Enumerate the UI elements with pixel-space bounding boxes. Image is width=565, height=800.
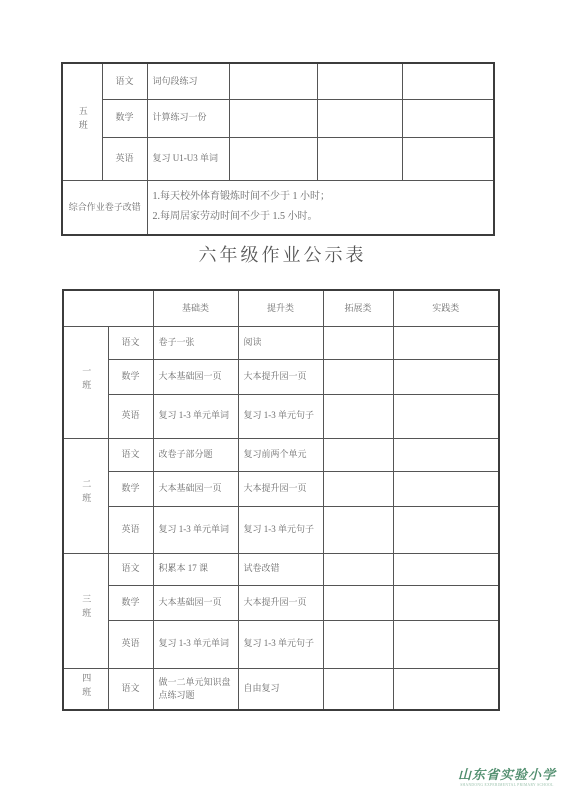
subject-cell: 数学 [108,359,153,394]
table-row: 五班 语文 词句段练习 [62,63,494,99]
grade-six-homework-table: 基础类 提升类 拓展类 实践类 一班 语文 卷子一张 阅读 数学 大本基础园一页… [62,289,500,711]
class-label: 一班 [79,366,92,394]
column-header-advance: 提升类 [238,290,323,326]
subject-cell: 语文 [108,326,153,359]
page-title: 六年级作业公示表 [0,241,565,267]
summary-content-cell: 1.每天校外体育锻炼时间不少于 1 小时； 2.每周居家劳动时间不少于 1.5 … [147,180,494,235]
class-label-cell: 二班 [63,438,108,553]
empty-cell [323,668,393,710]
grade-five-homework-table: 五班 语文 词句段练习 数学 计算练习一份 英语 复习 U1-U3 单词 [61,62,495,236]
empty-cell [323,326,393,359]
table-row: 数学 大本基础园一页 大本提升园一页 [63,471,499,506]
empty-cell [317,63,402,99]
subject-cell: 语文 [102,63,147,99]
empty-cell [229,137,317,180]
table-row: 四班 语文 做一二单元知识盘点练习题 自由复习 [63,668,499,710]
basic-cell: 大本基础园一页 [153,359,238,394]
table-row: 数学 计算练习一份 [62,99,494,137]
subject-cell: 语文 [108,668,153,710]
table-row: 英语 复习 1-3 单元单词 复习 1-3 单元句子 [63,620,499,668]
subject-cell: 数学 [102,99,147,137]
subject-cell: 语文 [108,438,153,471]
advance-cell: 复习 1-3 单元句子 [238,620,323,668]
empty-cell [393,620,499,668]
advance-cell: 复习前两个单元 [238,438,323,471]
school-watermark: 山东省实验小学 SHANDONG EXPERIMENTAL PRIMARY SC… [455,768,559,788]
empty-cell [393,668,499,710]
empty-cell [323,585,393,620]
school-name-cn: 山东省实验小学 [455,768,559,782]
summary-line: 1.每天校外体育锻炼时间不少于 1 小时； [153,187,489,207]
column-header-expand: 拓展类 [323,290,393,326]
empty-cell [229,63,317,99]
homework-cell: 复习 U1-U3 单词 [147,137,229,180]
empty-cell [402,63,494,99]
basic-cell: 做一二单元知识盘点练习题 [153,668,238,710]
empty-cell [323,471,393,506]
empty-cell [323,359,393,394]
advance-cell: 阅读 [238,326,323,359]
homework-cell: 计算练习一份 [147,99,229,137]
class-label: 三班 [79,594,92,622]
table-row: 英语 复习 1-3 单元单词 复习 1-3 单元句子 [63,506,499,553]
advance-cell: 复习 1-3 单元句子 [238,394,323,438]
table-row: 综合作业卷子改错 1.每天校外体育锻炼时间不少于 1 小时； 2.每周居家劳动时… [62,180,494,235]
table-row: 一班 语文 卷子一张 阅读 [63,326,499,359]
advance-cell: 大本提升园一页 [238,471,323,506]
empty-cell [317,99,402,137]
advance-cell: 自由复习 [238,668,323,710]
table-row: 二班 语文 改卷子部分题 复习前两个单元 [63,438,499,471]
empty-cell [323,438,393,471]
subject-cell: 英语 [108,394,153,438]
table-row: 数学 大本基础园一页 大本提升园一页 [63,585,499,620]
empty-cell [393,326,499,359]
empty-cell [323,553,393,585]
empty-cell [402,137,494,180]
empty-cell [393,553,499,585]
advance-cell: 大本提升园一页 [238,359,323,394]
basic-cell: 改卷子部分题 [153,438,238,471]
basic-cell: 复习 1-3 单元单词 [153,506,238,553]
class-label-cell: 一班 [63,326,108,438]
empty-cell [323,620,393,668]
empty-cell [393,359,499,394]
summary-label-cell: 综合作业卷子改错 [62,180,147,235]
empty-header-cell [63,290,153,326]
summary-line: 2.每周居家劳动时间不少于 1.5 小时。 [153,207,489,227]
empty-cell [393,471,499,506]
empty-cell [402,99,494,137]
basic-cell: 复习 1-3 单元单词 [153,620,238,668]
header-row: 基础类 提升类 拓展类 实践类 [63,290,499,326]
subject-cell: 英语 [108,506,153,553]
column-header-practice: 实践类 [393,290,499,326]
homework-cell: 词句段练习 [147,63,229,99]
empty-cell [323,394,393,438]
empty-cell [323,506,393,553]
empty-cell [393,438,499,471]
basic-cell: 卷子一张 [153,326,238,359]
table-row: 数学 大本基础园一页 大本提升园一页 [63,359,499,394]
advance-cell: 复习 1-3 单元句子 [238,506,323,553]
subject-cell: 英语 [102,137,147,180]
document-page: 五班 语文 词句段练习 数学 计算练习一份 英语 复习 U1-U3 单词 [0,0,565,800]
basic-cell: 大本基础园一页 [153,471,238,506]
table-row: 英语 复习 U1-U3 单词 [62,137,494,180]
school-name-en: SHANDONG EXPERIMENTAL PRIMARY SCHOOL [460,783,554,788]
advance-cell: 大本提升园一页 [238,585,323,620]
class-label: 四班 [79,673,92,701]
class-label: 五班 [76,106,89,134]
empty-cell [393,585,499,620]
class-label-cell: 三班 [63,553,108,668]
empty-cell [229,99,317,137]
subject-cell: 数学 [108,471,153,506]
subject-cell: 语文 [108,553,153,585]
table-row: 英语 复习 1-3 单元单词 复习 1-3 单元句子 [63,394,499,438]
empty-cell [393,506,499,553]
subject-cell: 英语 [108,620,153,668]
empty-cell [317,137,402,180]
table-row: 三班 语文 积累本 17 课 试卷改错 [63,553,499,585]
empty-cell [393,394,499,438]
basic-cell: 复习 1-3 单元单词 [153,394,238,438]
basic-cell: 积累本 17 课 [153,553,238,585]
subject-cell: 数学 [108,585,153,620]
advance-cell: 试卷改错 [238,553,323,585]
column-header-basic: 基础类 [153,290,238,326]
class-label-cell: 五班 [62,63,102,180]
class-label-cell: 四班 [63,668,108,710]
class-label: 二班 [79,479,92,507]
basic-cell: 大本基础园一页 [153,585,238,620]
